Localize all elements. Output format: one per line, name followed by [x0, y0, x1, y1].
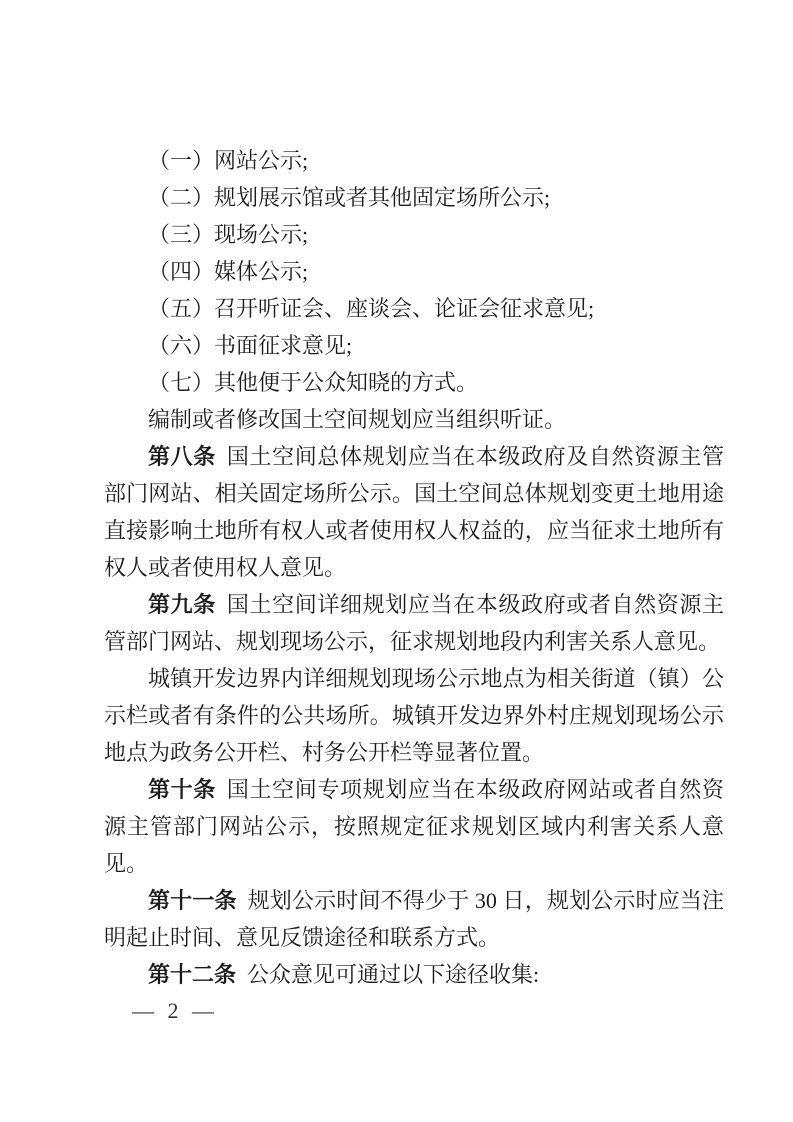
article-10-term: 第十条	[148, 777, 216, 802]
paragraph-text: 编制或者修改国土空间规划应当组织听证。	[148, 407, 566, 432]
paragraph-text: 城镇开发边界内详细规划现场公示地点为相关街道（镇）公示栏或者有条件的公共场所。城…	[104, 666, 724, 765]
list-item-6: （六）书面征求意见;	[104, 327, 724, 364]
paragraph-text: （六）书面征求意见;	[148, 333, 352, 358]
document-page: （一）网站公示; （二）规划展示馆或者其他固定场所公示; （三）现场公示; （四…	[0, 0, 793, 1122]
page-number: — 2 —	[132, 998, 218, 1024]
article-8-term: 第八条	[148, 444, 216, 469]
list-item-2: （二）规划展示馆或者其他固定场所公示;	[104, 179, 724, 216]
article-11-paragraph: 第十一条规划公示时间不得少于 30 日，规划公示时应当注明起止时间、意见反馈途径…	[104, 882, 724, 956]
list-item-7: （七）其他便于公众知晓的方式。	[104, 364, 724, 401]
list-item-1: （一）网站公示;	[104, 142, 724, 179]
document-body: （一）网站公示; （二）规划展示馆或者其他固定场所公示; （三）现场公示; （四…	[104, 142, 724, 993]
article-10-paragraph: 第十条国土空间专项规划应当在本级政府网站或者自然资源主管部门网站公示，按照规定征…	[104, 771, 724, 882]
paragraph-text: 公众意见可通过以下途径收集:	[247, 962, 539, 987]
paragraph-text: （五）召开听证会、座谈会、论证会征求意见;	[148, 296, 594, 321]
paragraph-text: （七）其他便于公众知晓的方式。	[148, 370, 478, 395]
list-item-5: （五）召开听证会、座谈会、论证会征求意见;	[104, 290, 724, 327]
article-12-term: 第十二条	[148, 962, 236, 987]
list-item-3: （三）现场公示;	[104, 216, 724, 253]
paragraph-text: （三）现场公示;	[148, 222, 308, 247]
article-8-paragraph: 第八条国土空间总体规划应当在本级政府及自然资源主管部门网站、相关固定场所公示。国…	[104, 438, 724, 586]
article-9-paragraph: 第九条国土空间详细规划应当在本级政府或者自然资源主管部门网站、规划现场公示，征求…	[104, 586, 724, 660]
list-item-4: （四）媒体公示;	[104, 253, 724, 290]
article-11-term: 第十一条	[148, 888, 237, 913]
paragraph-text: （一）网站公示;	[148, 148, 308, 173]
article-9-term: 第九条	[148, 592, 216, 617]
hearing-paragraph: 编制或者修改国土空间规划应当组织听证。	[104, 401, 724, 438]
paragraph-text: （四）媒体公示;	[148, 259, 308, 284]
paragraph-text: （二）规划展示馆或者其他固定场所公示;	[148, 185, 550, 210]
article-12-paragraph: 第十二条公众意见可通过以下途径收集:	[104, 956, 724, 993]
article-9-sub-paragraph: 城镇开发边界内详细规划现场公示地点为相关街道（镇）公示栏或者有条件的公共场所。城…	[104, 660, 724, 771]
